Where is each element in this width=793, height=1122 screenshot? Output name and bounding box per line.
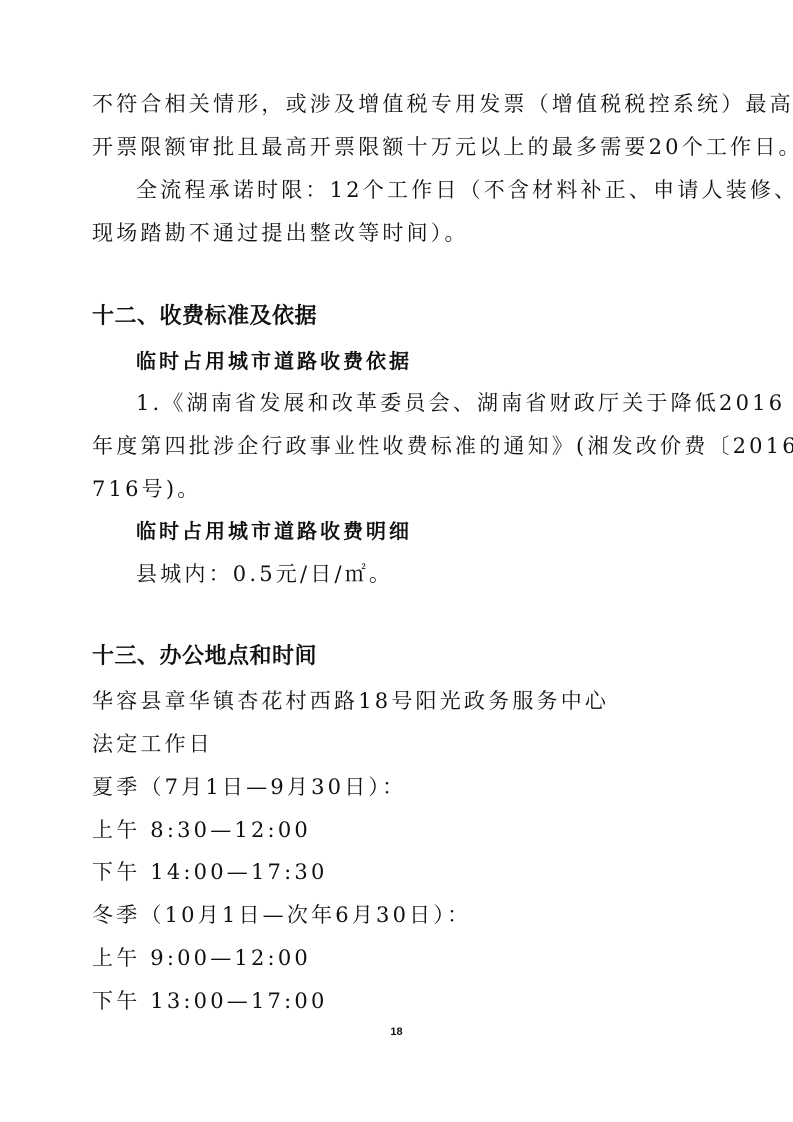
summer-morning-hours: 上午 8:30—12:00 (92, 818, 311, 842)
subheading-fee-basis: 临时占用城市道路收费依据 (136, 349, 412, 373)
body-text-line: 全流程承诺时限：12个工作日（不含材料补正、申请人装修、 (136, 178, 793, 202)
body-text-line: 现场踏勘不通过提出整改等时间）。 (92, 221, 469, 245)
summer-afternoon-hours: 下午 14:00—17:30 (92, 860, 328, 884)
workday-label: 法定工作日 (92, 732, 213, 756)
body-text-line: 开票限额审批且最高开票限额十万元以上的最多需要20个工作日。 (92, 135, 793, 159)
section-heading-12: 十二、收费标准及依据 (92, 305, 317, 329)
body-text-line: 不符合相关情形，或涉及增值税专用发票（增值税税控系统）最高 (92, 92, 793, 116)
winter-morning-hours: 上午 9:00—12:00 (92, 946, 311, 970)
subheading-fee-detail: 临时占用城市道路收费明细 (136, 519, 412, 543)
winter-season: 冬季（10月1日—次年6月30日）： (92, 903, 471, 927)
office-address: 华容县章华镇杏花村西路18号阳光政务服务中心 (92, 689, 609, 713)
fee-basis-text: 716号)。 (92, 477, 201, 501)
page-number: 18 (0, 1026, 793, 1038)
section-heading-13: 十三、办公地点和时间 (92, 645, 317, 669)
summer-season: 夏季（7月1日—9月30日）： (92, 775, 406, 799)
winter-afternoon-hours: 下午 13:00—17:00 (92, 989, 328, 1013)
fee-basis-text: 1.《湖南省发展和改革委员会、湖南省财政厅关于降低2016 (136, 391, 785, 415)
fee-basis-text: 年度第四批涉企行政事业性收费标准的通知》(湘发改价费〔2016〕 (92, 434, 793, 458)
fee-detail-text: 县城内：0.5元/日/㎡。 (136, 562, 393, 586)
